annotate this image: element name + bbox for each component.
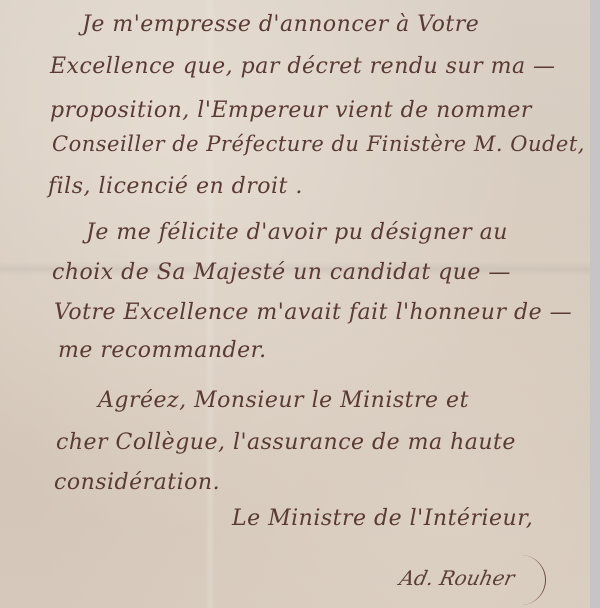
letter-line: fils, licencié en droit . [48, 176, 303, 198]
letter-line: considération. [54, 472, 220, 494]
letter-paper: Je m'empresse d'annoncer à Votre Excelle… [0, 0, 592, 608]
letter-line: Je m'empresse d'annoncer à Votre [82, 14, 479, 36]
letter-line: Agréez, Monsieur le Ministre et [98, 390, 469, 412]
letter-line: proposition, l'Empereur vient de nommer [50, 100, 532, 122]
letter-line: cher Collègue, l'assurance de ma haute [56, 432, 516, 454]
signature: Ad. Rouher [397, 566, 516, 590]
letter-line: Excellence que, par décret rendu sur ma … [50, 56, 556, 78]
signature-flourish [505, 555, 546, 605]
letter-line: choix de Sa Majesté un candidat que — [52, 262, 511, 284]
letter-line: Conseiller de Préfecture du Finistère M.… [52, 134, 585, 155]
letter-line: Votre Excellence m'avait fait l'honneur … [54, 302, 572, 324]
closing-title: Le Ministre de l'Intérieur, [232, 508, 533, 530]
letter-line: me recommander. [58, 340, 267, 362]
letter-line: Je me félicite d'avoir pu désigner au [86, 222, 508, 244]
background-edge [590, 0, 600, 608]
